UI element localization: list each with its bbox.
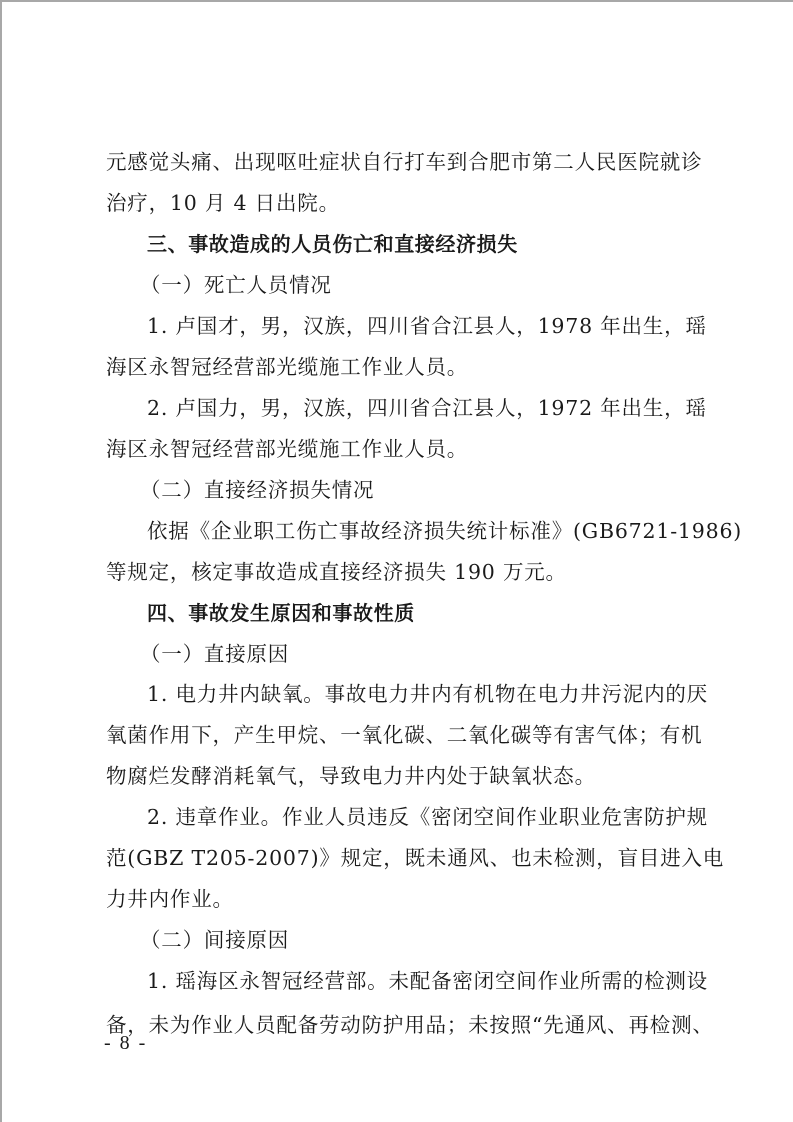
subsection-heading: （二）直接经济损失情况 xyxy=(140,476,374,504)
body-text-line: 1. 卢国才，男，汉族，四川省合江县人，1978 年出生，瑶 xyxy=(147,312,691,340)
subsection-heading: （二）间接原因 xyxy=(140,926,289,954)
document-page: 元感觉头痛、出现呕吐症状自行打车到合肥市第二人民医院就诊 治疗，10 月 4 日… xyxy=(0,0,793,1122)
body-text-line: 备，未为作业人员配备劳动防护用品；未按照“先通风、再检测、 xyxy=(106,1011,691,1039)
body-text-line: 2. 违章作业。作业人员违反《密闭空间作业职业危害防护规 xyxy=(147,803,691,831)
body-text-line: 海区永智冠经营部光缆施工作业人员。 xyxy=(106,435,468,463)
subsection-heading: （一）死亡人员情况 xyxy=(140,271,332,299)
body-text-line: 氧菌作用下，产生甲烷、一氧化碳、二氧化碳等有害气体；有机 xyxy=(106,721,691,749)
body-text-line: 海区永智冠经营部光缆施工作业人员。 xyxy=(106,353,468,381)
body-text-line: 1. 瑶海区永智冠经营部。未配备密闭空间作业所需的检测设 xyxy=(147,967,691,995)
body-text-line: 力井内作业。 xyxy=(106,885,234,913)
body-text-line: 等规定，核定事故造成直接经济损失 190 万元。 xyxy=(106,558,567,586)
body-text-line: 物腐烂发酵消耗氧气，导致电力井内处于缺氧状态。 xyxy=(106,762,596,790)
body-text-line: 2. 卢国力，男，汉族，四川省合江县人，1972 年出生，瑶 xyxy=(147,394,691,422)
section-heading-4: 四、事故发生原因和事故性质 xyxy=(147,599,415,627)
section-heading-3: 三、事故造成的人员伤亡和直接经济损失 xyxy=(147,230,518,258)
body-text-line: 治疗，10 月 4 日出院。 xyxy=(106,189,340,217)
subsection-heading: （一）直接原因 xyxy=(140,640,289,668)
body-text-line: 元感觉头痛、出现呕吐症状自行打车到合肥市第二人民医院就诊 xyxy=(106,148,691,176)
body-text-line: 范(GBZ T205-2007)》规定，既未通风、也未检测，盲目进入电 xyxy=(106,844,691,872)
body-text-line: 1. 电力井内缺氧。事故电力井内有机物在电力井污泥内的厌 xyxy=(147,680,691,708)
body-text-line: 依据《企业职工伤亡事故经济损失统计标准》(GB6721-1986) xyxy=(147,517,691,545)
